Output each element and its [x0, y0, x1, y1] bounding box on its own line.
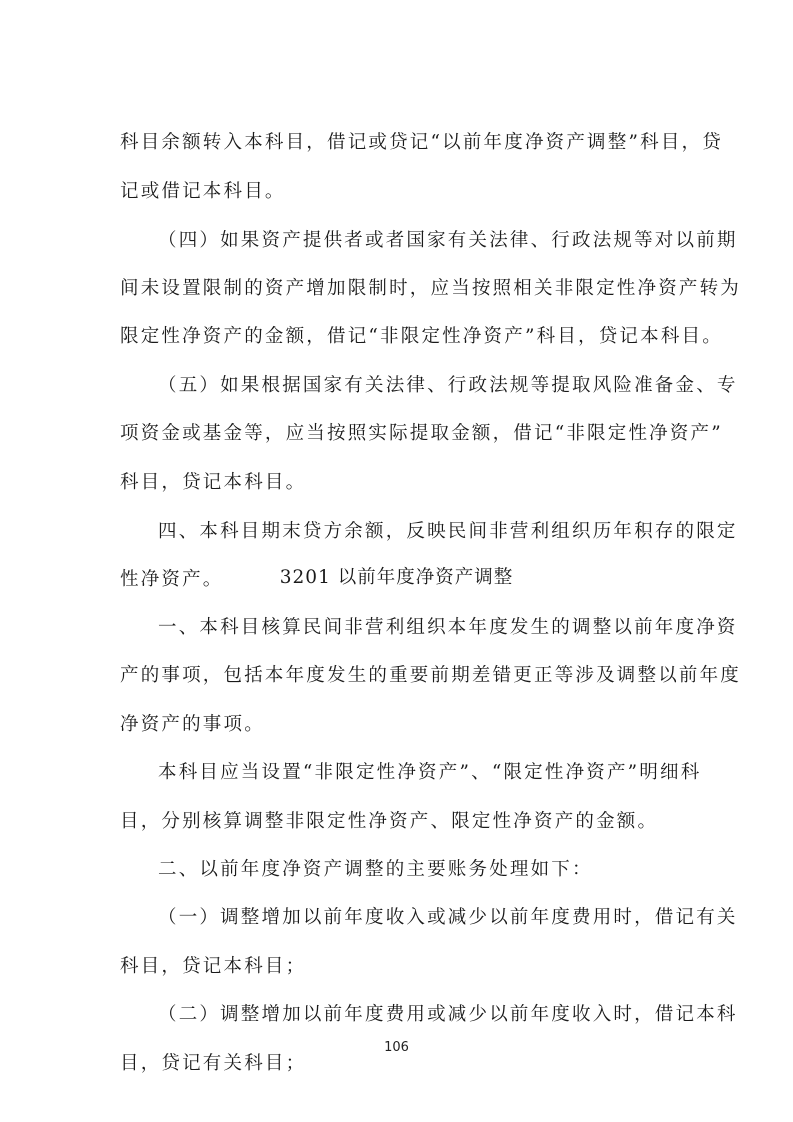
paragraph-line: 四、本科目期末贷方余额，反映民间非营利组织历年积存的限定 — [158, 520, 675, 544]
paragraph-line: （一）调整增加以前年度收入或减少以前年度费用时，借记有关 — [158, 906, 675, 930]
paragraph-line: 产的事项，包括本年度发生的重要前期差错更正等涉及调整以前年度 — [120, 664, 675, 688]
paragraph-line: 净资产的事项。 — [120, 713, 675, 737]
paragraph-line: 记或借记本科目。 — [120, 180, 675, 204]
paragraph-line: （二）调整增加以前年度费用或减少以前年度收入时，借记本科 — [158, 1003, 675, 1027]
paragraph-line: 科目，贷记本科目。 — [120, 471, 675, 495]
paragraph-line: 二、以前年度净资产调整的主要账务处理如下： — [158, 858, 675, 882]
paragraph-line: 目，贷记有关科目； — [120, 1052, 675, 1076]
paragraph-line: 项资金或基金等，应当按照实际提取金额，借记“非限定性净资产” — [120, 422, 675, 446]
paragraph-line: （四）如果资产提供者或者国家有关法律、行政法规等对以前期 — [158, 229, 675, 253]
paragraph-line: 科目，贷记本科目； — [120, 955, 675, 979]
paragraph-line: 目，分别核算调整非限定性净资产、限定性净资产的金额。 — [120, 810, 675, 834]
paragraph-line: 一、本科目核算民间非营利组织本年度发生的调整以前年度净资 — [158, 616, 675, 640]
section-title: 3201 以前年度净资产调整 — [0, 566, 793, 590]
page-number: 106 — [0, 1040, 793, 1055]
paragraph-line: 间未设置限制的资产增加限制时，应当按照相关非限定性净资产转为 — [120, 277, 675, 301]
paragraph-line: 本科目应当设置“非限定性净资产”、“限定性净资产”明细科 — [158, 761, 675, 785]
paragraph-line: （五）如果根据国家有关法律、行政法规等提取风险准备金、专 — [158, 374, 675, 398]
paragraph-line: 科目余额转入本科目，借记或贷记“以前年度净资产调整”科目，贷 — [120, 131, 675, 155]
paragraph-line: 限定性净资产的金额，借记“非限定性净资产”科目，贷记本科目。 — [120, 325, 675, 349]
